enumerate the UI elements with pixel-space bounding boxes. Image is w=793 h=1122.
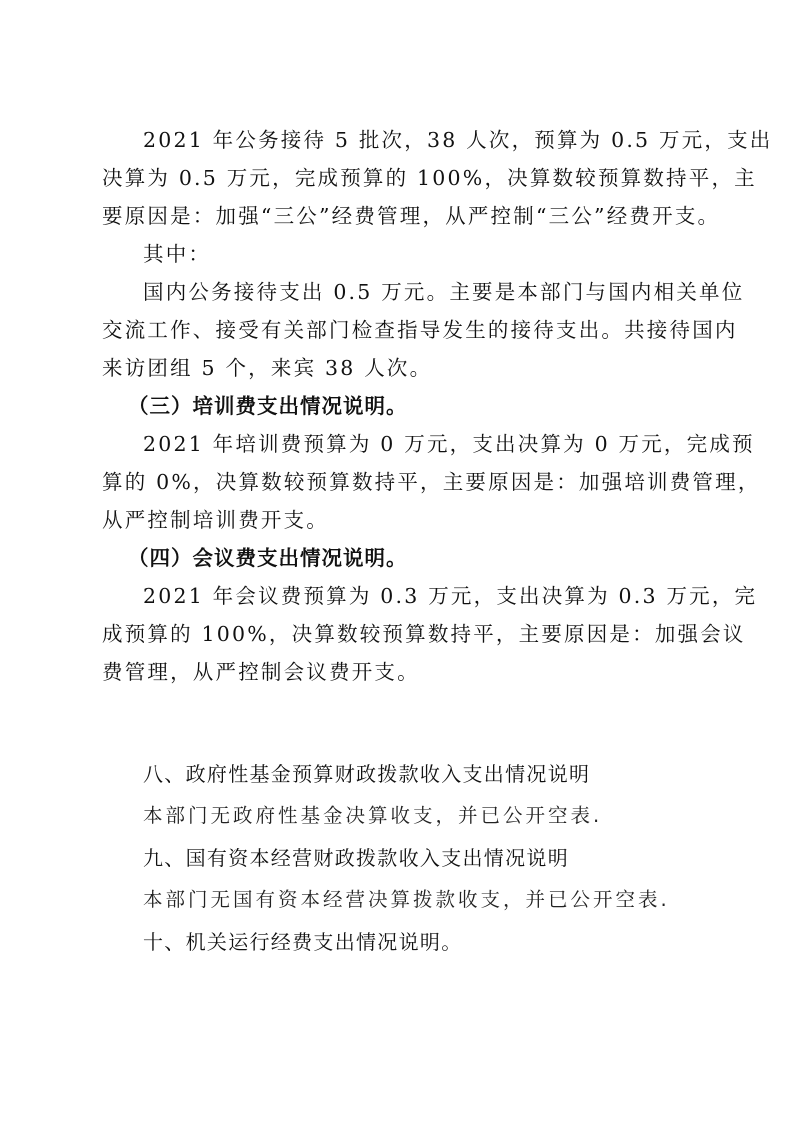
meeting-body-line-3: 费管理，从严控制会议费开支。 — [102, 658, 702, 686]
reception-summary-line-1: 2021 年公务接待 5 批次，38 人次，预算为 0.5 万元，支出 — [143, 126, 743, 154]
section-9-body: 本部门无国有资本经营决算拨款收支，并已公开空表. — [143, 886, 743, 914]
among-them-label: 其中： — [143, 240, 743, 268]
section-10-heading: 十、机关运行经费支出情况说明。 — [143, 928, 743, 956]
meeting-fee-heading: （四）会议费支出情况说明。 — [128, 544, 728, 572]
section-8-heading: 八、政府性基金预算财政拨款收入支出情况说明 — [143, 760, 743, 788]
meeting-body-line-2: 成预算的 100%，决算数较预算数持平，主要原因是：加强会议 — [102, 620, 702, 648]
reception-summary-line-3: 要原因是：加强“三公”经费管理，从严控制“三公”经费开支。 — [102, 202, 702, 230]
section-8-body: 本部门无政府性基金决算收支，并已公开空表. — [143, 802, 743, 830]
meeting-body-line-1: 2021 年会议费预算为 0.3 万元，支出决算为 0.3 万元，完 — [143, 582, 743, 610]
document-page: 2021 年公务接待 5 批次，38 人次，预算为 0.5 万元，支出 决算为 … — [0, 0, 793, 1122]
training-body-line-2: 算的 0%，决算数较预算数持平，主要原因是：加强培训费管理， — [102, 468, 702, 496]
section-9-heading: 九、国有资本经营财政拨款收入支出情况说明 — [143, 844, 743, 872]
training-fee-heading: （三）培训费支出情况说明。 — [128, 392, 728, 420]
domestic-reception-line-3: 来访团组 5 个，来宾 38 人次。 — [102, 354, 702, 382]
domestic-reception-line-1: 国内公务接待支出 0.5 万元。主要是本部门与国内相关单位 — [143, 278, 743, 306]
training-body-line-3: 从严控制培训费开支。 — [102, 506, 702, 534]
training-body-line-1: 2021 年培训费预算为 0 万元，支出决算为 0 万元，完成预 — [143, 430, 743, 458]
domestic-reception-line-2: 交流工作、接受有关部门检查指导发生的接待支出。共接待国内 — [102, 316, 702, 344]
reception-summary-line-2: 决算为 0.5 万元，完成预算的 100%，决算数较预算数持平，主 — [102, 164, 702, 192]
